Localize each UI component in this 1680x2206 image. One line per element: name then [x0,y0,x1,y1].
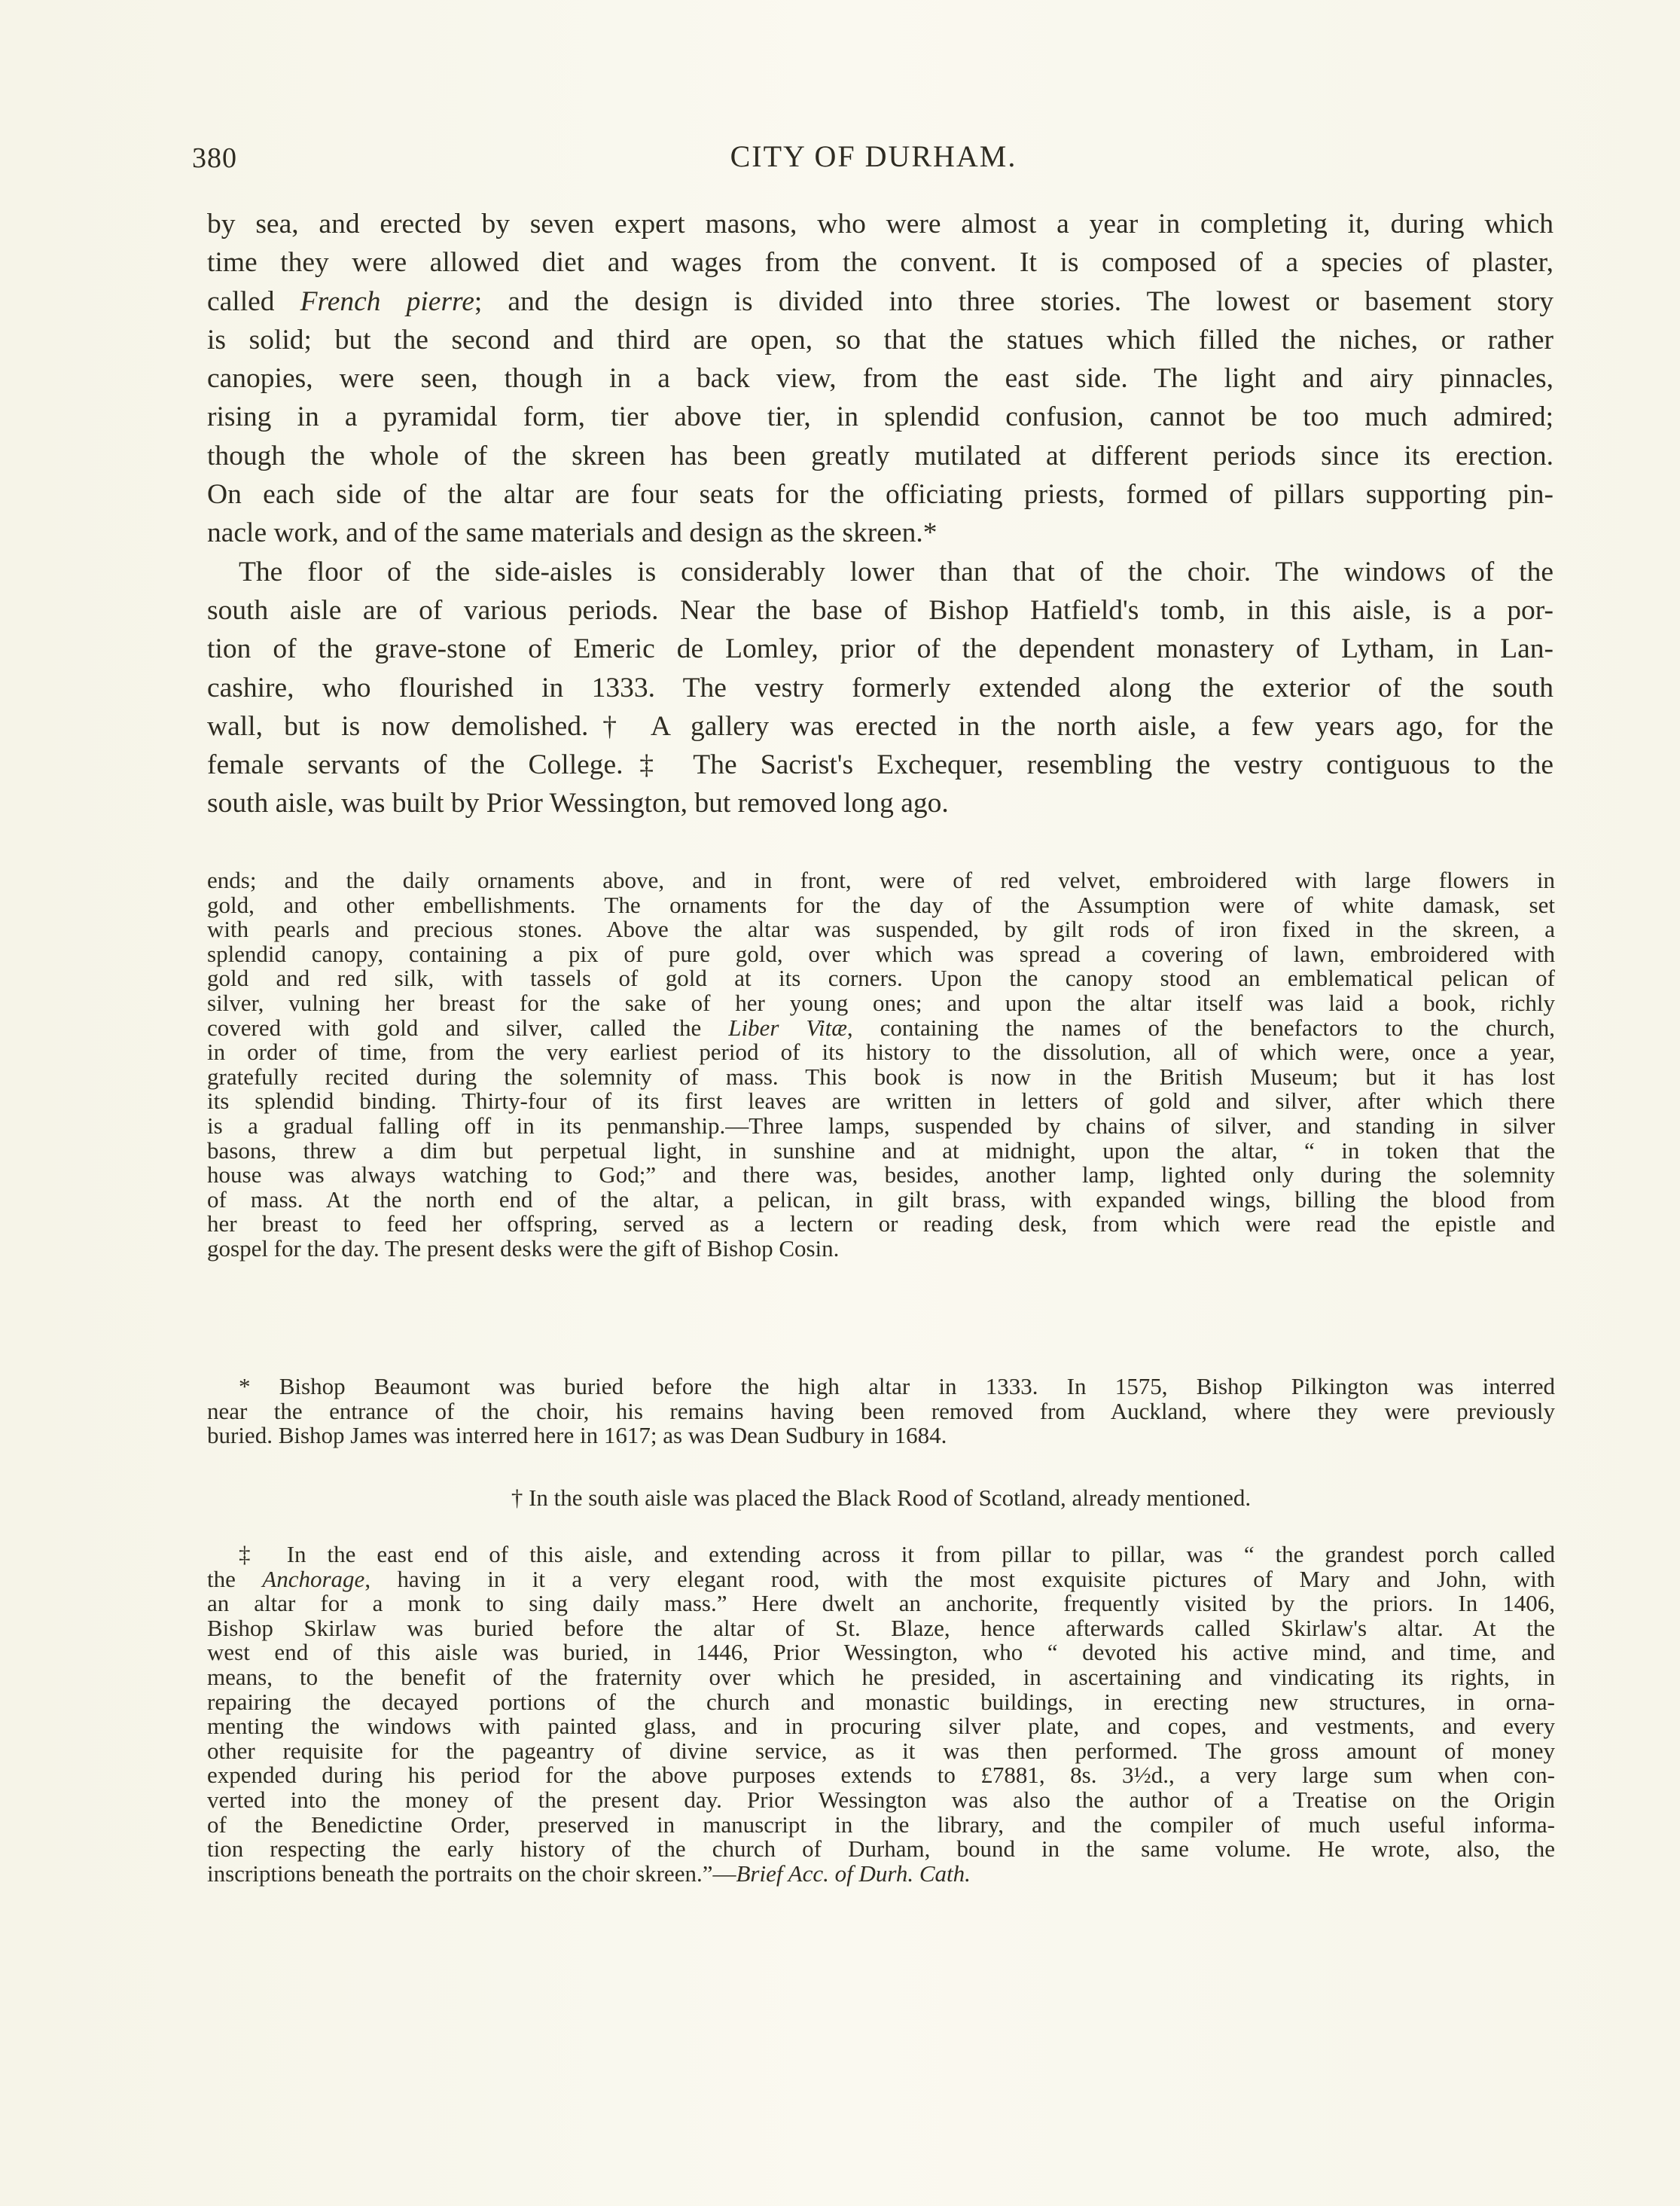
note-line: gold and red silk, with tassels of gold … [207,966,1555,991]
note-line: * Bishop Beaumont was buried before the … [207,1375,1555,1399]
text-line: though the whole of the skreen has been … [207,437,1553,475]
text-line: canopies, were seen, though in a back vi… [207,359,1553,398]
text-fragment: , containing the names of the benefactor… [847,1015,1555,1041]
main-text: by sea, and erected by seven expert maso… [207,205,1553,823]
note-line: expended during his period for the above… [207,1763,1555,1788]
note-line: house was always watching to God;” and t… [207,1163,1555,1188]
text-line: is solid; but the second and third are o… [207,321,1553,359]
paragraph-skreen: by sea, and erected by seven expert maso… [207,205,1553,553]
running-head: 380 CITY OF DURHAM. [192,136,1555,181]
continued-footnote: ends; and the daily ornaments above, and… [207,868,1555,1262]
note-line: other requisite for the pageantry of div… [207,1739,1555,1764]
note-line: covered with gold and silver, called the… [207,1016,1555,1041]
note-line: buried. Bishop James was interred here i… [207,1423,1555,1448]
italic-term: Liber Vitæ [728,1015,847,1041]
note-line: her breast to feed her offspring, served… [207,1212,1555,1237]
note-line: gold, and other embellishments. The orna… [207,893,1555,918]
text-line: tion of the grave-stone of Emeric de Lom… [207,630,1553,668]
note-line: verted into the money of the present day… [207,1788,1555,1813]
text-fragment: inscriptions beneath the portraits on th… [207,1860,736,1887]
note-line: Bishop Skirlaw was buried before the alt… [207,1616,1555,1641]
note-line: ‡ In the east end of this aisle, and ext… [207,1542,1555,1567]
text-fragment: the [207,1566,262,1592]
note-line: of the Benedictine Order, preserved in m… [207,1813,1555,1838]
note-line: of mass. At the north end of the altar, … [207,1188,1555,1213]
text-fragment: ; and the design is divided into three s… [474,286,1553,317]
note-line: west end of this aisle was buried, in 14… [207,1640,1555,1665]
note-line: tion respecting the early history of the… [207,1837,1555,1862]
text-line: rising in a pyramidal form, tier above t… [207,398,1553,436]
note-line: with pearls and precious stones. Above t… [207,917,1555,942]
text-line: by sea, and erected by seven expert maso… [207,205,1553,243]
text-line: south aisle are of various periods. Near… [207,591,1553,630]
book-page: 380 CITY OF DURHAM. by sea, and erected … [0,0,1680,2206]
note-line: inscriptions beneath the portraits on th… [207,1862,1555,1887]
note-line: gratefully recited during the solemnity … [207,1065,1555,1090]
italic-term: French pierre [300,286,474,317]
text-line: On each side of the altar are four seats… [207,475,1553,514]
paragraph-side-aisles: The floor of the side-aisles is consider… [207,553,1553,823]
source-citation: Brief Acc. of Durh. Cath. [736,1860,970,1887]
note-line: menting the windows with painted glass, … [207,1714,1555,1739]
text-line: south aisle, was built by Prior Wessingt… [207,784,1553,822]
note-line: † In the south aisle was placed the Blac… [511,1484,1251,1511]
text-line: The floor of the side-aisles is consider… [207,553,1553,591]
note-line: its splendid binding. Thirty-four of its… [207,1089,1555,1114]
running-title: CITY OF DURHAM. [192,139,1555,174]
text-line: nacle work, and of the same materials an… [207,514,1553,552]
note-line: the Anchorage, having in it a very elega… [207,1567,1555,1592]
note-line: ends; and the daily ornaments above, and… [207,868,1555,893]
text-line: called French pierre; and the design is … [207,282,1553,321]
text-line: wall, but is now demolished.† A gallery … [207,707,1553,746]
note-line: repairing the decayed portions of the ch… [207,1690,1555,1715]
note-line: near the entrance of the choir, his rema… [207,1399,1555,1424]
text-fragment: covered with gold and silver, called the [207,1015,728,1041]
note-line: in order of time, from the very earliest… [207,1040,1555,1065]
italic-term: Anchorage [262,1566,364,1592]
note-line: an altar for a monk to sing daily mass.”… [207,1591,1555,1616]
note-line: splendid canopy, containing a pix of pur… [207,942,1555,967]
footnote-dagger: † In the south aisle was placed the Blac… [207,1486,1555,1511]
text-line: time they were allowed diet and wages fr… [207,243,1553,282]
text-fragment: called [207,286,300,317]
note-line: basons, threw a dim but perpetual light,… [207,1139,1555,1164]
note-line: gospel for the day. The present desks we… [207,1237,1555,1262]
text-line: cashire, who flourished in 1333. The ves… [207,669,1553,707]
note-line: silver, vulning her breast for the sake … [207,991,1555,1016]
text-line: female servants of the College.‡ The Sac… [207,746,1553,784]
footnote-double-dagger: ‡ In the east end of this aisle, and ext… [207,1542,1555,1886]
note-line: is a gradual falling off in its penmansh… [207,1114,1555,1139]
footnote-star: * Bishop Beaumont was buried before the … [207,1375,1555,1448]
note-line: means, to the benefit of the fraternity … [207,1665,1555,1690]
text-fragment: , having in it a very elegant rood, with… [364,1566,1555,1592]
